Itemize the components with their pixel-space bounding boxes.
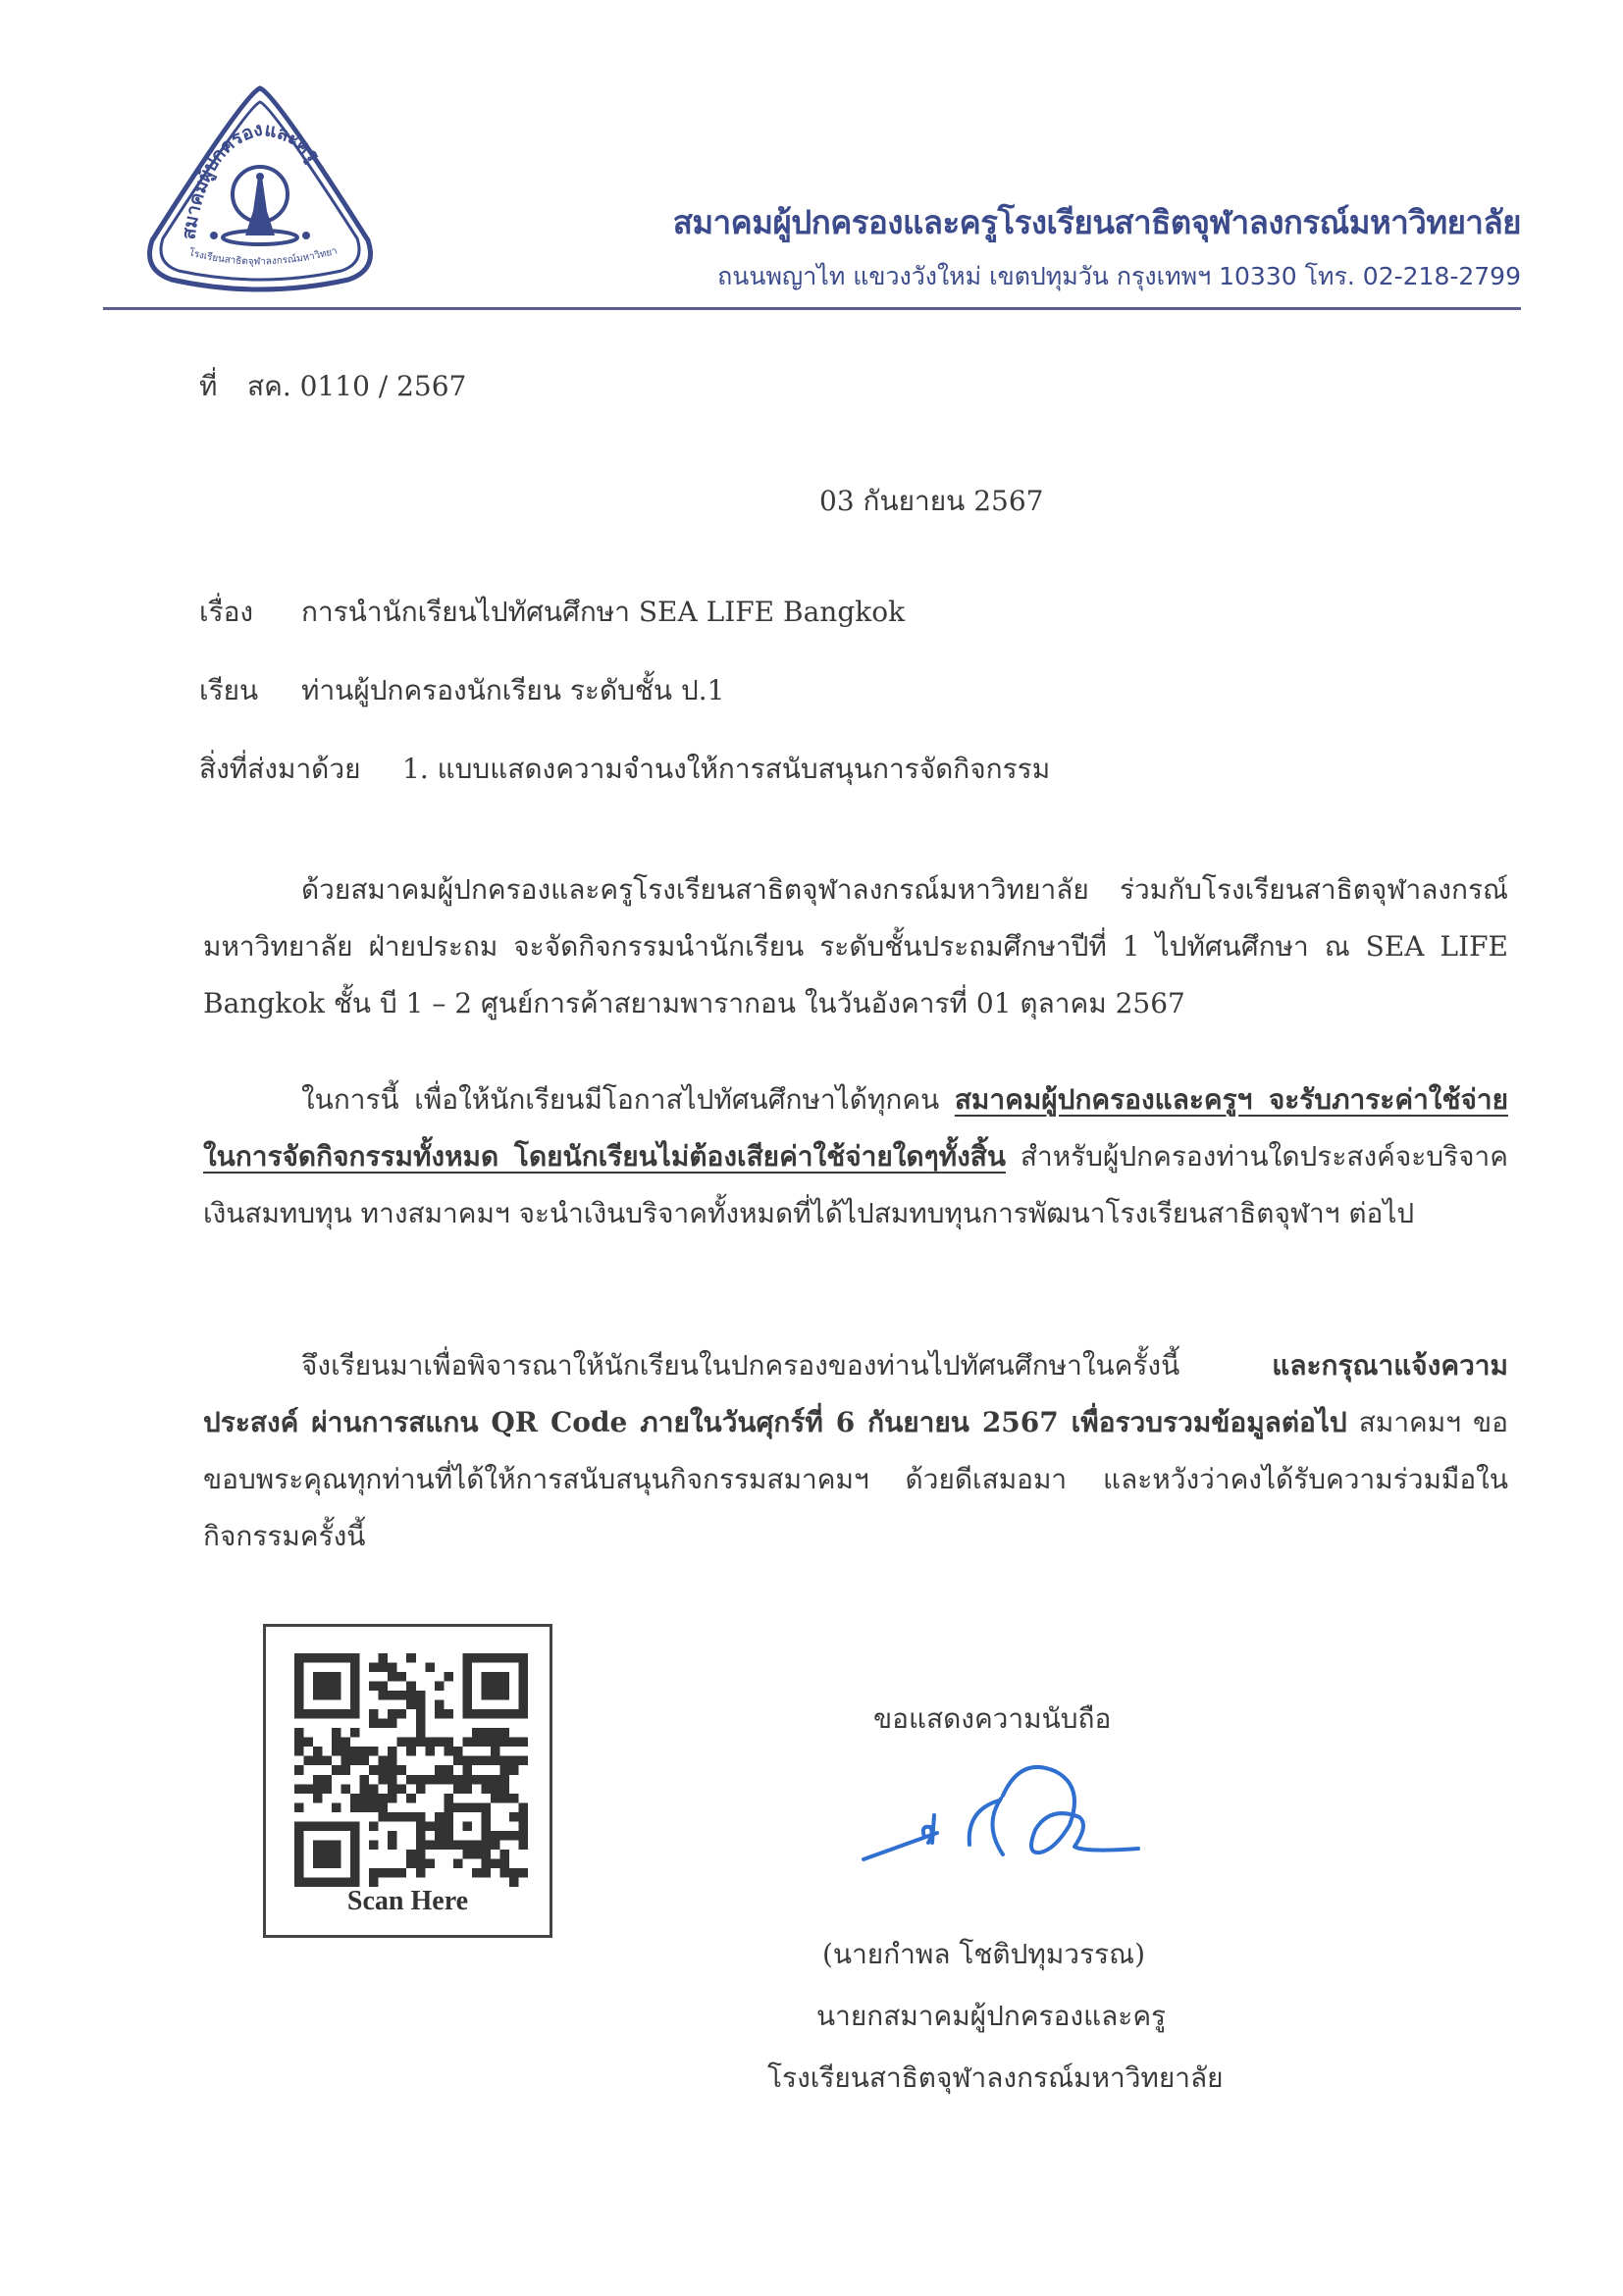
reference-number: สค. 0110 / 2567 <box>247 365 466 408</box>
body-paragraph-2: ในการนี้ เพื่อให้นักเรียนมีโอกาสไปทัศนศึ… <box>203 1071 1508 1242</box>
organization-name: สมาคมผู้ปกครองและครูโรงเรียนสาธิตจุฬาลงก… <box>673 196 1521 248</box>
body-paragraph-3: จึงเรียนมาเพื่อพิจารณาให้นักเรียนในปกครอ… <box>203 1337 1508 1565</box>
letterhead-divider <box>103 307 1521 310</box>
enclosure-value: 1. แบบแสดงความจำนงให้การสนับสนุนการจัดกิ… <box>402 748 1050 791</box>
association-logo: สมาคมผู้ปกครองและครู โรงเรียนสาธิตจุฬาลง… <box>137 78 383 304</box>
reference-label: ที่ <box>199 365 217 408</box>
paragraph-3-intro: จึงเรียนมาเพื่อพิจารณาให้นักเรียนในปกครอ… <box>301 1349 1272 1382</box>
subject-value: การนำนักเรียนไปทัศนศึกษา SEA LIFE Bangko… <box>301 591 905 634</box>
subject-label: เรื่อง <box>199 591 253 634</box>
enclosure-label: สิ่งที่ส่งมาด้วย <box>199 748 360 791</box>
signature <box>844 1747 1178 1874</box>
svg-text:โรงเรียนสาธิตจุฬาลงกรณ์มหาวิทย: โรงเรียนสาธิตจุฬาลงกรณ์มหาวิทยาลัย <box>137 78 339 268</box>
closing-salutation: ขอแสดงความนับถือ <box>873 1697 1111 1741</box>
qr-code-icon[interactable] <box>293 1653 529 1887</box>
signer-name: (นายกำพล โชติปทุมวรรณ) <box>822 1933 1145 1976</box>
association-emblem-icon: สมาคมผู้ปกครองและครู โรงเรียนสาธิตจุฬาลง… <box>137 78 383 304</box>
letter-date: 03 กันยายน 2567 <box>819 480 1043 523</box>
signature-icon <box>844 1747 1178 1874</box>
recipient-value: ท่านผู้ปกครองนักเรียน ระดับชั้น ป.1 <box>301 669 724 712</box>
paragraph-2-intro: ในการนี้ เพื่อให้นักเรียนมีโอกาสไปทัศนศึ… <box>301 1083 955 1116</box>
organization-address: ถนนพญาไท แขวงวังใหม่ เขตปทุมวัน กรุงเทพฯ… <box>717 257 1521 296</box>
recipient-label: เรียน <box>199 669 258 712</box>
qr-code-box[interactable]: Scan Here <box>263 1624 552 1938</box>
qr-scan-label: Scan Here <box>266 1886 550 1917</box>
signer-organization: โรงเรียนสาธิตจุฬาลงกรณ์มหาวิทยาลัย <box>767 2057 1224 2100</box>
body-paragraph-1: ด้วยสมาคมผู้ปกครองและครูโรงเรียนสาธิตจุฬ… <box>203 861 1508 1032</box>
signer-title: นายกสมาคมผู้ปกครองและครู <box>816 1995 1166 2038</box>
